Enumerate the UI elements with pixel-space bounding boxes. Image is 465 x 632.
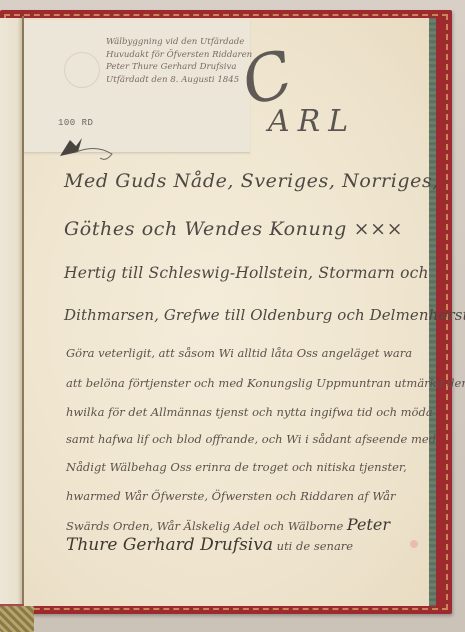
title-line: Göthes och Wendes Konung ××× — [64, 218, 403, 240]
tassel — [0, 606, 34, 632]
title-line: Dithmarsen, Grefwe till Oldenburg och De… — [64, 306, 465, 324]
title-line: Med Guds Nåde, Sveriges, Norriges, — [64, 170, 439, 192]
body-line-text: Swärds Orden, Wår Älskelig Adel och Wälb… — [66, 519, 343, 533]
embossed-seal-icon — [64, 52, 100, 88]
recipient-first-name: Peter — [347, 515, 390, 534]
hand-stamp-icon — [56, 132, 116, 162]
attached-note: Wälbyggning vid den Utfärdade Huvudakt f… — [24, 20, 250, 153]
left-page-edge — [0, 18, 22, 608]
title-line: Hertig till Schleswig-Hollstein, Stormar… — [64, 264, 429, 282]
body-line: hwilka för det Allmännas tjenst och nytt… — [66, 405, 433, 419]
body-line-text: uti de senare — [277, 539, 353, 553]
body-line: Göra veterligit, att såsom Wi alltid låt… — [66, 346, 412, 360]
body-line: Thure Gerhard Drufsiva uti de senare — [66, 535, 353, 555]
body-line: samt hafwa lif och blod offrande, och Wi… — [66, 432, 436, 446]
body-line: att belöna förtjenster och med Konungsli… — [66, 376, 465, 390]
king-name-heading: ARL — [268, 104, 356, 139]
recipient-name: Thure Gerhard Drufsiva — [66, 535, 273, 555]
body-line: Nådigt Wälbehag Oss erinra de troget och… — [66, 460, 407, 474]
stain — [410, 540, 418, 548]
scan-background: Wälbyggning vid den Utfärdade Huvudakt f… — [0, 0, 465, 632]
body-line: hwarmed Wår Öfwerste, Öfwersten och Ridd… — [66, 489, 396, 503]
stamp-text: 100 RD — [58, 118, 93, 128]
body-line: Swärds Orden, Wår Älskelig Adel och Wälb… — [66, 515, 390, 534]
